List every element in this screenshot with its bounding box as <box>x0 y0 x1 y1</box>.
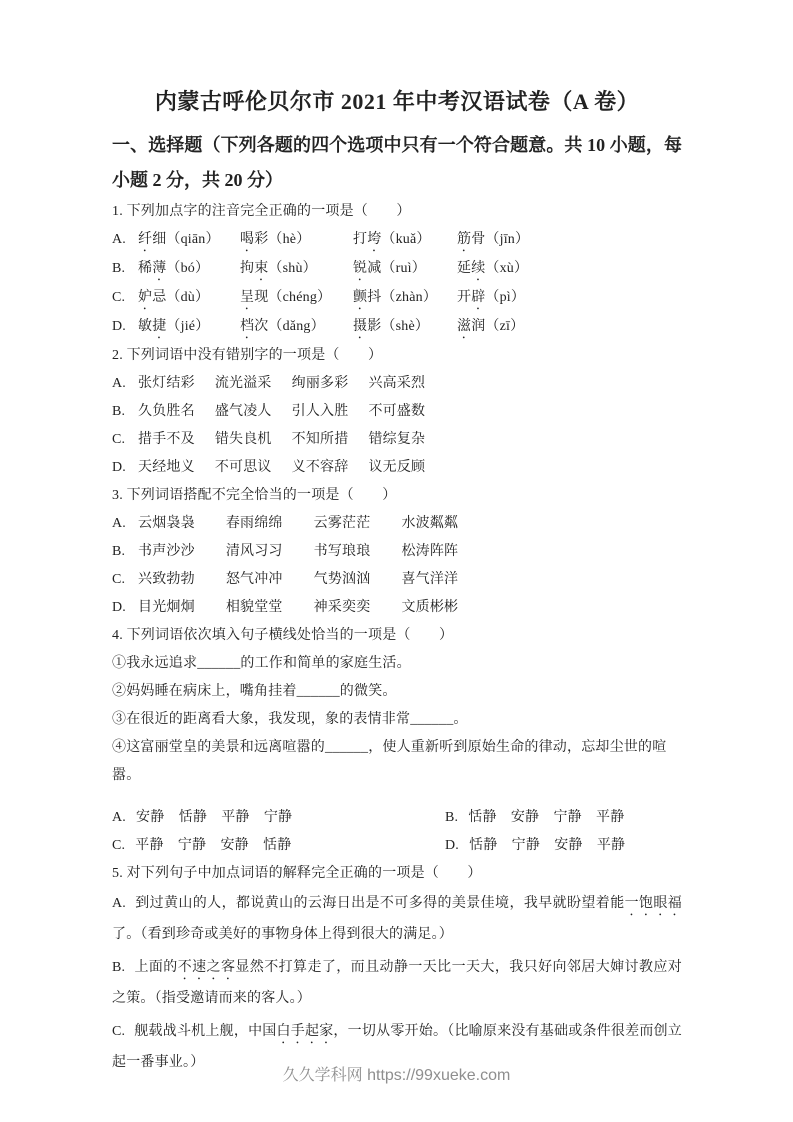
word-item: 兴高采烈 <box>368 370 425 398</box>
question-4: 4. 下列词语依次填入句子横线处恰当的一项是（ ） ①我永远追求______的工… <box>112 622 682 860</box>
word-item: 档次（dǎng） <box>240 313 353 342</box>
dotted-char: 辟 <box>471 290 485 305</box>
dotted-phrase: 不速之客 <box>178 960 236 975</box>
option-label: D. <box>112 454 138 482</box>
option-label: C. <box>112 1024 125 1039</box>
option-label: D. <box>112 313 138 341</box>
word-item: 呈现（chéng） <box>240 284 353 313</box>
q5-option-b: B.上面的不速之客显然不打算走了，而且动静一天比一天大，我只好向邻居大婶讨教应对… <box>112 952 682 1014</box>
option-label: A. <box>112 370 138 398</box>
dotted-char: 呈 <box>240 290 254 305</box>
option-label: D. <box>112 594 138 622</box>
q3-option-c: C. 兴致勃勃怒气冲冲气势汹汹喜气洋洋 <box>112 566 682 594</box>
q2-option-d: D. 天经地义不可思议义不容辞议无反顾 <box>112 454 682 482</box>
dotted-char: 档 <box>240 319 254 334</box>
option-label: A. <box>112 226 138 254</box>
word-item: 议无反顾 <box>368 454 425 482</box>
q1-stem: 1. 下列加点字的注音完全正确的一项是（ ） <box>112 198 682 226</box>
q4-option-row-2: C.平静 宁静 安静 恬静 D.恬静 宁静 安静 平静 <box>112 832 682 860</box>
word-item: 喝彩（hè） <box>240 226 353 255</box>
question-2: 2. 下列词语中没有错别字的一项是（ ） A. 张灯结彩流光溢采绚丽多彩兴高采烈… <box>112 342 682 482</box>
q4-sentence-3: ③在很近的距离看大象，我发现，象的表情非常______。 <box>112 706 682 734</box>
word-item: 不可盛数 <box>368 398 425 426</box>
q2-option-b: B. 久负胜名盛气凌人引人入胜不可盛数 <box>112 398 682 426</box>
q3-option-d: D. 目光炯炯相貌堂堂神采奕奕文质彬彬 <box>112 594 682 622</box>
word-item: 气势汹汹 <box>314 566 371 594</box>
word-item: 水波粼粼 <box>401 510 458 538</box>
q2-option-a: A. 张灯结彩流光溢采绚丽多彩兴高采烈 <box>112 370 682 398</box>
word-item: 绚丽多彩 <box>292 370 349 398</box>
dotted-char: 颤 <box>353 290 367 305</box>
word-item: 文质彬彬 <box>401 594 458 622</box>
q3-option-a: A. 云烟袅袅春雨绵绵云雾茫茫水波粼粼 <box>112 510 682 538</box>
watermark-text: 久久学科网 https://99xueke.com <box>283 1067 511 1084</box>
q4-option-a: A.安静 恬静 平静 宁静 <box>112 804 445 832</box>
dotted-char: 喝 <box>240 232 254 247</box>
word-item: 敏捷（jié） <box>138 313 240 342</box>
word-item: 锐减（ruì） <box>353 255 457 284</box>
word-item: 滋润（zī） <box>457 313 682 342</box>
word-item: 神采奕奕 <box>314 594 371 622</box>
q4-option-row-1: A.安静 恬静 平静 宁静 B.恬静 安静 宁静 平静 <box>112 804 682 832</box>
site-watermark: 久久学科网 https://99xueke.com <box>0 1066 793 1086</box>
q3-option-b: B. 书声沙沙清风习习书写琅琅松涛阵阵 <box>112 538 682 566</box>
word-item: 纤细（qiān） <box>138 226 240 255</box>
word-item: 摄影（shè） <box>353 313 457 342</box>
word-item: 引人入胜 <box>292 398 349 426</box>
option-words: 安静 恬静 平静 宁静 <box>136 810 292 825</box>
dotted-phrase: 一饱眼福 <box>625 896 682 911</box>
word-item: 张灯结彩 <box>138 370 195 398</box>
option-words: 恬静 宁静 安静 平静 <box>469 838 625 853</box>
dotted-char: 滋 <box>457 319 471 334</box>
word-item: 云烟袅袅 <box>138 510 195 538</box>
option-label: C. <box>112 566 138 594</box>
option-words: 平静 宁静 安静 恬静 <box>135 838 291 853</box>
option-label: C. <box>112 838 125 853</box>
section-heading: 一、选择题（下列各题的四个选项中只有一个符合题意。共 10 小题，每小题 2 分… <box>112 128 682 198</box>
question-5: 5. 对下列句子中加点词语的解释完全正确的一项是（ ） A.到过黄山的人，都说黄… <box>112 860 682 1078</box>
word-item: 盛气凌人 <box>215 398 272 426</box>
q4-options: A.安静 恬静 平静 宁静 B.恬静 安静 宁静 平静 C.平静 宁静 安静 恬… <box>112 804 682 860</box>
word-item: 颤抖（zhàn） <box>353 284 457 313</box>
option-label: A. <box>112 810 126 825</box>
word-item: 松涛阵阵 <box>401 538 458 566</box>
q5-stem: 5. 对下列句子中加点词语的解释完全正确的一项是（ ） <box>112 860 682 888</box>
word-item: 久负胜名 <box>138 398 195 426</box>
word-item: 目光炯炯 <box>138 594 195 622</box>
option-label: C. <box>112 426 138 454</box>
dotted-char: 垮 <box>367 232 381 247</box>
q2-option-c: C. 措手不及错失良机不知所措错综复杂 <box>112 426 682 454</box>
q4-sentence-1: ①我永远追求______的工作和简单的家庭生活。 <box>112 650 682 678</box>
word-item: 书写琅琅 <box>314 538 371 566</box>
q4-option-c: C.平静 宁静 安静 恬静 <box>112 832 445 860</box>
word-item: 筋骨（jīn） <box>457 226 682 255</box>
q4-option-d: D.恬静 宁静 安静 平静 <box>445 832 682 860</box>
q1-option-b: B. 稀薄（bó） 拘束（shù） 锐减（ruì） 延续（xù） <box>112 255 682 284</box>
q4-stem: 4. 下列词语依次填入句子横线处恰当的一项是（ ） <box>112 622 682 650</box>
word-item: 云雾茫茫 <box>314 510 371 538</box>
word-item: 义不容辞 <box>292 454 349 482</box>
option-words: 恬静 安静 宁静 平静 <box>468 810 624 825</box>
page-title: 内蒙古呼伦贝尔市 2021 年中考汉语试卷（A 卷） <box>112 86 682 118</box>
question-3: 3. 下列词语搭配不完全恰当的一项是（ ） A. 云烟袅袅春雨绵绵云雾茫茫水波粼… <box>112 482 682 622</box>
word-item: 不可思议 <box>215 454 272 482</box>
word-item: 书声沙沙 <box>138 538 195 566</box>
exam-paper-page: 内蒙古呼伦贝尔市 2021 年中考汉语试卷（A 卷） 一、选择题（下列各题的四个… <box>0 0 793 1078</box>
dotted-char: 摄 <box>353 319 367 334</box>
option-label: B. <box>112 538 138 566</box>
q1-option-a: A. 纤细（qiān） 喝彩（hè） 打垮（kuǎ） 筋骨（jīn） <box>112 226 682 255</box>
word-item: 开辟（pì） <box>457 284 682 313</box>
dotted-char: 薄 <box>152 261 166 276</box>
q4-sentence-2: ②妈妈睡在病床上，嘴角挂着______的微笑。 <box>112 678 682 706</box>
option-label: A. <box>112 896 126 911</box>
option-label: D. <box>445 838 459 853</box>
word-item: 相貌堂堂 <box>226 594 283 622</box>
word-item: 延续（xù） <box>457 255 682 284</box>
dotted-char: 纤 <box>138 232 152 247</box>
word-item: 措手不及 <box>138 426 195 454</box>
word-item: 打垮（kuǎ） <box>353 226 457 255</box>
word-item: 错失良机 <box>215 426 272 454</box>
dotted-char: 束 <box>254 261 268 276</box>
q4-option-b: B.恬静 安静 宁静 平静 <box>445 804 682 832</box>
q3-stem: 3. 下列词语搭配不完全恰当的一项是（ ） <box>112 482 682 510</box>
option-label: C. <box>112 284 138 312</box>
word-item: 春雨绵绵 <box>226 510 283 538</box>
q2-stem: 2. 下列词语中没有错别字的一项是（ ） <box>112 342 682 370</box>
word-item: 错综复杂 <box>368 426 425 454</box>
option-label: A. <box>112 510 138 538</box>
q1-option-c: C. 妒忌（dù） 呈现（chéng） 颤抖（zhàn） 开辟（pì） <box>112 284 682 313</box>
option-label: B. <box>112 255 138 283</box>
option-label: B. <box>445 810 458 825</box>
word-item: 清风习习 <box>226 538 283 566</box>
q1-option-d: D. 敏捷（jié） 档次（dǎng） 摄影（shè） 滋润（zī） <box>112 313 682 342</box>
dotted-char: 续 <box>471 261 485 276</box>
dotted-char: 锐 <box>353 261 367 276</box>
dotted-phrase: 白手起家 <box>277 1024 334 1039</box>
dotted-char: 筋 <box>457 232 471 247</box>
dotted-char: 妒 <box>138 290 152 305</box>
word-item: 怒气冲冲 <box>226 566 283 594</box>
option-label: B. <box>112 398 138 426</box>
word-item: 兴致勃勃 <box>138 566 195 594</box>
option-label: B. <box>112 960 125 975</box>
word-item: 稀薄（bó） <box>138 255 240 284</box>
question-1: 1. 下列加点字的注音完全正确的一项是（ ） A. 纤细（qiān） 喝彩（hè… <box>112 198 682 342</box>
dotted-char: 捷 <box>152 319 166 334</box>
word-item: 流光溢采 <box>215 370 272 398</box>
word-item: 妒忌（dù） <box>138 284 240 313</box>
word-item: 拘束（shù） <box>240 255 353 284</box>
q4-sentence-4: ④这富丽堂皇的美景和远离喧嚣的______，使人重新听到原始生命的律动，忘却尘世… <box>112 734 682 790</box>
word-item: 喜气洋洋 <box>401 566 458 594</box>
word-item: 天经地义 <box>138 454 195 482</box>
word-item: 不知所措 <box>292 426 349 454</box>
q5-option-a: A.到过黄山的人，都说黄山的云海日出是不可多得的美景佳境，我早就盼望着能一饱眼福… <box>112 888 682 950</box>
